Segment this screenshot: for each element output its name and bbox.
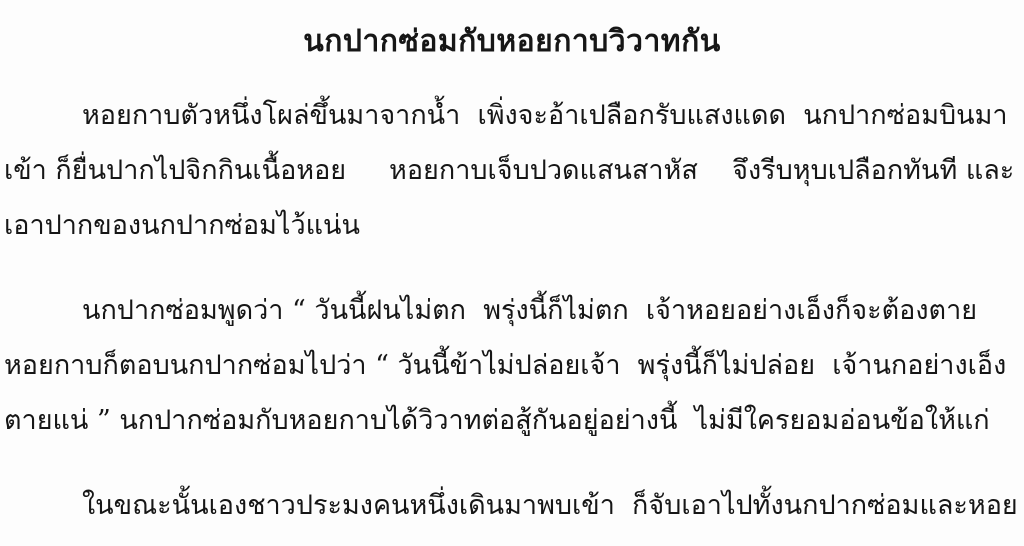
text-line: หอยกาบก็ตอบนกปากซ่อมไปว่า “ วันนี้ข้าไม่… <box>4 338 1020 393</box>
text-line: ตายแน่ ” นกปากซ่อมกับหอยกาบได้วิวาทต่อสู… <box>4 393 1020 448</box>
paragraph-1: หอยกาบตัวหนึ่งโผล่ขึ้นมาจากน้ำ เพิ่งจะอ้… <box>4 88 1020 253</box>
text-line: เข้า ก็ยื่นปากไปจิกกินเนื้อหอย หอยกาบเจ็… <box>4 143 1020 198</box>
document-page: นกปากซ่อมกับหอยกาบวิวาทกัน หอยกาบตัวหนึ่… <box>0 0 1024 546</box>
text-line: เอาปากของนกปากซ่อมไว้แน่น <box>4 198 1020 253</box>
text-line: นกปากซ่อมพูดว่า “ วันนี้ฝนไม่ตก พรุ่งนี้… <box>4 283 1020 338</box>
document-title: นกปากซ่อมกับหอยกาบวิวาทกัน <box>4 18 1020 66</box>
text-line: หอยกาบตัวหนึ่งโผล่ขึ้นมาจากน้ำ เพิ่งจะอ้… <box>4 88 1020 143</box>
text-line: ในขณะนั้นเองชาวประมงคนหนึ่งเดินมาพบเข้า … <box>4 478 1020 533</box>
paragraph-2: นกปากซ่อมพูดว่า “ วันนี้ฝนไม่ตก พรุ่งนี้… <box>4 283 1020 448</box>
paragraph-3: ในขณะนั้นเองชาวประมงคนหนึ่งเดินมาพบเข้า … <box>4 478 1020 533</box>
